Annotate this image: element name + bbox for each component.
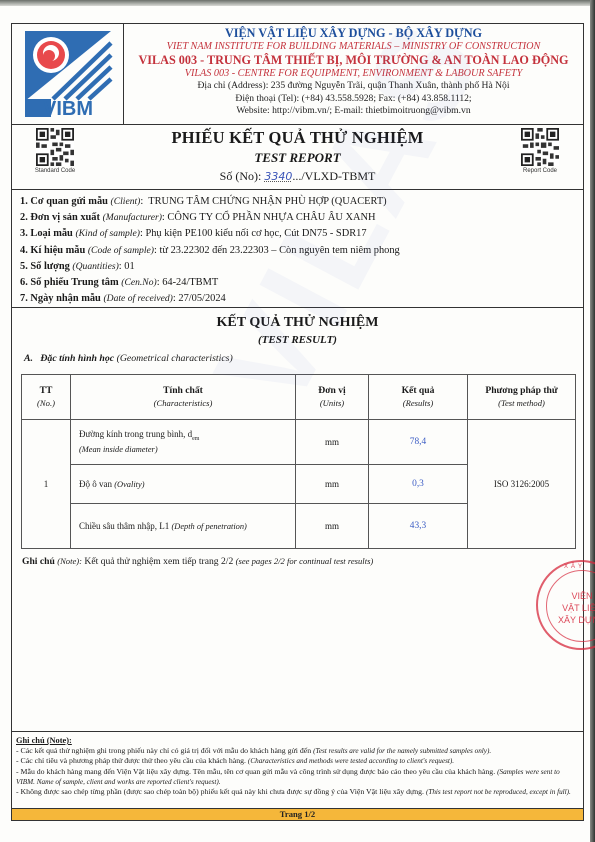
info-kind-of-sample: 3. Loại mẫu (Kind of sample): Phụ kiện P…	[20, 226, 575, 242]
report-title-block: Standard Code PHIẾU KẾT QUẢ THỬ NGHIỆM T…	[11, 125, 584, 190]
result-value: 78,4	[369, 420, 468, 465]
institute-name-vi: VIỆN VẬT LIỆU XÂY DỰNG - BỘ XÂY DỰNG	[124, 26, 583, 41]
report-number: Số (No): 3340.../VLXD-TBMT	[98, 168, 497, 185]
row-group-number: 1	[22, 420, 71, 549]
col-results: Kết quả(Results)	[369, 375, 468, 420]
test-result-section: KẾT QUẢ THỬ NGHIỆM (TEST RESULT) A. Đặc …	[11, 308, 584, 732]
unit: mm	[296, 420, 369, 465]
svg-text:VIBM: VIBM	[43, 98, 93, 119]
centre-name-en: VILAS 003 - CENTRE FOR EQUIPMENT, ENVIRO…	[124, 68, 583, 80]
footer-notes: Ghi chú (Note): - Các kết quả thử nghiệm…	[11, 732, 584, 809]
stamp-top-text: XÂY	[564, 564, 585, 570]
unit: mm	[296, 504, 369, 549]
institute-name-en: VIET NAM INSTITUTE FOR BUILDING MATERIAL…	[124, 41, 583, 53]
title-center: PHIẾU KẾT QUẢ THỬ NGHIỆM TEST REPORT Số …	[98, 125, 497, 189]
qr-code-icon	[521, 128, 559, 166]
info-client: 1. Cơ quan gửi mẫu (Client): TRUNG TÂM C…	[20, 194, 575, 210]
info-date-received: 7. Ngày nhận mẫu (Date of received): 27/…	[20, 291, 575, 307]
footer-note-2: - Các chỉ tiêu và phương pháp thử được t…	[16, 756, 579, 766]
result-value: 0,3	[369, 465, 468, 504]
standard-code-label: Standard Code	[35, 168, 75, 174]
vibm-logo-icon: VIBM	[23, 29, 113, 119]
letterhead: VIBM VIỆN VẬT LIỆU XÂY DỰNG - BỘ XÂY DỰN…	[11, 23, 584, 125]
sample-info: 1. Cơ quan gửi mẫu (Client): TRUNG TÂM C…	[11, 190, 584, 308]
info-manufacturer: 2. Đơn vị sản xuất (Manufacturer): CÔNG …	[20, 210, 575, 226]
website-email: Website: http://vibm.vn/; E-mail: thietb…	[124, 105, 583, 118]
characteristic-mean-inside-diameter: Đường kính trong trung bình, dem(Mean in…	[71, 420, 296, 465]
footer-note-1: - Các kết quả thử nghiệm ghi trong phiếu…	[16, 746, 579, 756]
characteristic-ovality: Độ ô van (Ovality)	[71, 465, 296, 504]
col-no: TT(No.)	[22, 375, 71, 420]
address: Địa chỉ (Address): 235 đường Nguyễn Trãi…	[124, 80, 583, 93]
report-code: Report Code	[497, 125, 583, 189]
report-code-label: Report Code	[523, 168, 557, 174]
report-title-en: TEST REPORT	[98, 148, 497, 168]
result-title-vi: KẾT QUẢ THỬ NGHIỆM	[12, 314, 583, 332]
phone-fax: Điện thoại (Tel): (+84) 43.558.5928; Fax…	[124, 93, 583, 106]
col-units: Đơn vị(Units)	[296, 375, 369, 420]
standard-code: Standard Code	[12, 125, 98, 189]
stamp-text: VIỆNVẬT LIỆUXÂY DỰNG	[558, 590, 595, 626]
info-quantities: 5. Số lượng (Quantities): 01	[20, 259, 575, 275]
test-report-page: VIBM VIỆN VẬT LIỆU XÂY DỰNG - BỘ XÂY DỰN…	[11, 23, 584, 821]
info-code-of-sample: 4. Kí hiệu mẫu (Code of sample): từ 23.2…	[20, 243, 575, 259]
report-title-vi: PHIẾU KẾT QUẢ THỬ NGHIỆM	[98, 127, 497, 148]
table-row: 1 Đường kính trong trung bình, dem(Mean …	[22, 420, 576, 465]
result-note: Ghi chú (Note): Kết quả thử nghiệm xem t…	[22, 556, 583, 567]
unit: mm	[296, 465, 369, 504]
col-characteristics: Tính chất(Characteristics)	[71, 375, 296, 420]
results-table: TT(No.) Tính chất(Characteristics) Đơn v…	[21, 374, 576, 549]
characteristic-depth-of-penetration: Chiều sâu thâm nhập, L1 (Depth of penetr…	[71, 504, 296, 549]
report-number-suffix: .../VLXD-TBMT	[292, 169, 375, 183]
scan-edge-top	[0, 0, 595, 6]
info-centre-number: 6. Số phiếu Trung tâm (Cen.No): 64-24/TB…	[20, 275, 575, 291]
centre-name-vi: VILAS 003 - TRUNG TÂM THIẾT BỊ, MÔI TRƯỜ…	[124, 53, 583, 68]
test-method-value: ISO 3126:2005	[468, 420, 576, 549]
result-title-en: (TEST RESULT)	[12, 332, 583, 348]
qr-code-icon	[36, 128, 74, 166]
vibm-logo: VIBM	[12, 24, 124, 124]
footer-note-3: - Mẫu do khách hàng mang đến Viện Vật li…	[16, 767, 579, 787]
page-indicator: Trang 1/2	[11, 809, 584, 821]
footer-note-4: - Không được sao chép từng phần (được sa…	[16, 787, 579, 797]
report-number-handwritten: 3340	[264, 170, 292, 183]
section-a-heading: A. Đặc tính hình học (Geometrical charac…	[24, 352, 583, 366]
letterhead-text: VIỆN VẬT LIỆU XÂY DỰNG - BỘ XÂY DỰNG VIE…	[124, 24, 583, 124]
report-number-label: Số (No):	[220, 169, 265, 183]
table-header-row: TT(No.) Tính chất(Characteristics) Đơn v…	[22, 375, 576, 420]
col-test-method: Phương pháp thử(Test method)	[468, 375, 576, 420]
result-value: 43,3	[369, 504, 468, 549]
scan-edge-right	[590, 0, 595, 842]
footer-notes-title: Ghi chú (Note):	[16, 736, 579, 746]
